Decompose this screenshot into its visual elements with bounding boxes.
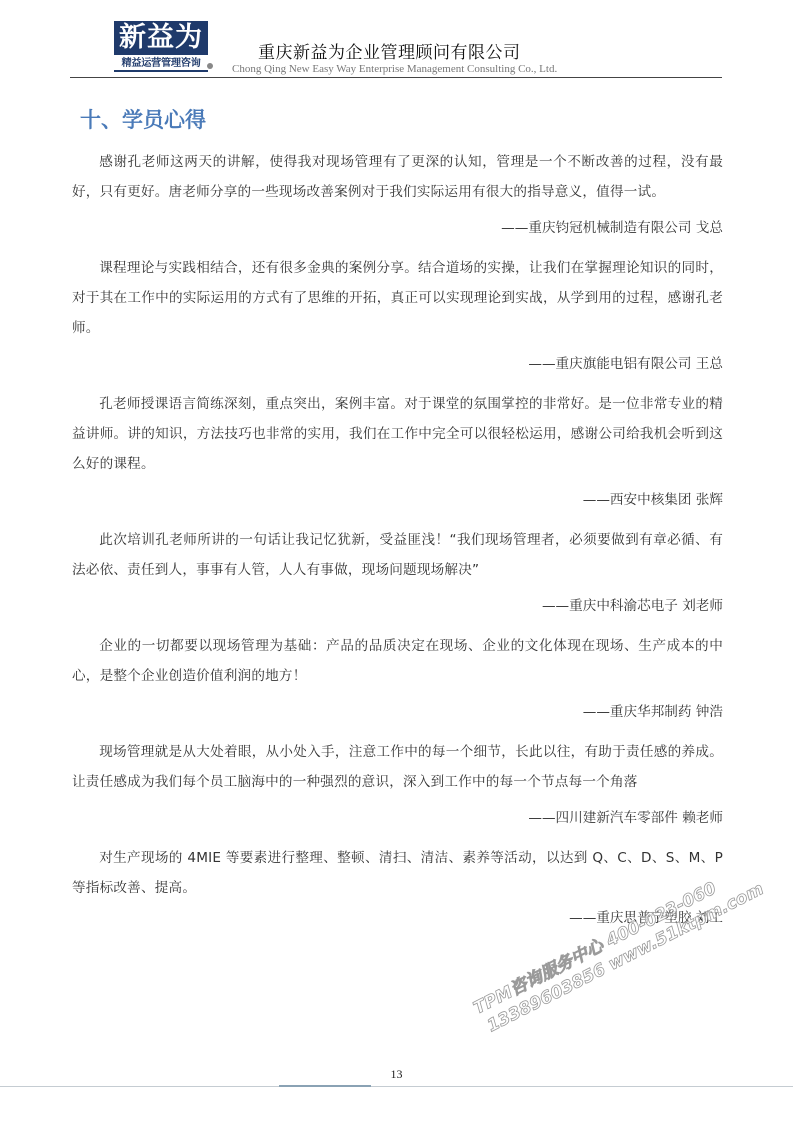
- footer-accent-line: [279, 1085, 371, 1087]
- testimonial-text: 孔老师授课语言简练深刻，重点突出，案例丰富。对于课堂的氛围掌控的非常好。是一位非…: [72, 389, 723, 479]
- testimonials-list: 感谢孔老师这两天的讲解，使得我对现场管理有了更深的认知，管理是一个不断改善的过程…: [72, 147, 723, 943]
- section-title: 十、学员心得: [80, 104, 206, 134]
- header-divider: [70, 77, 722, 78]
- testimonial: 此次培训孔老师所讲的一句话让我记忆犹新，受益匪浅！“我们现场管理者，必须要做到有…: [72, 525, 723, 631]
- testimonial-signature: ——西安中核集团 张辉: [72, 479, 723, 525]
- logo-dot-icon: [207, 63, 213, 69]
- testimonial-text: 现场管理就是从大处着眼，从小处入手，注意工作中的每一个细节，长此以往，有助于责任…: [72, 737, 723, 797]
- testimonial-signature: ——重庆思普宁塑胶 刘工: [72, 903, 723, 943]
- logo-main-text: 新益为: [114, 21, 208, 55]
- company-name-en: Chong Qing New Easy Way Enterprise Manag…: [232, 63, 557, 75]
- testimonial-signature: ——重庆中科渝芯电子 刘老师: [72, 585, 723, 631]
- company-name-cn: 重庆新益为企业管理顾问有限公司: [258, 38, 521, 63]
- testimonial: 现场管理就是从大处着眼，从小处入手，注意工作中的每一个细节，长此以往，有助于责任…: [72, 737, 723, 843]
- testimonial-text: 感谢孔老师这两天的讲解，使得我对现场管理有了更深的认知，管理是一个不断改善的过程…: [72, 147, 723, 207]
- company-logo: 新益为 精益运营管理咨询: [114, 21, 210, 71]
- page-number: 13: [0, 1067, 793, 1082]
- testimonial-text: 此次培训孔老师所讲的一句话让我记忆犹新，受益匪浅！“我们现场管理者，必须要做到有…: [72, 525, 723, 585]
- testimonial: 孔老师授课语言简练深刻，重点突出，案例丰富。对于课堂的氛围掌控的非常好。是一位非…: [72, 389, 723, 525]
- testimonial: 对生产现场的 4MIE 等要素进行整理、整顿、清扫、清洁、素养等活动，以达到 Q…: [72, 843, 723, 943]
- footer-divider: [0, 1086, 793, 1087]
- testimonial: 感谢孔老师这两天的讲解，使得我对现场管理有了更深的认知，管理是一个不断改善的过程…: [72, 147, 723, 253]
- testimonial-text: 企业的一切都要以现场管理为基础：产品的品质决定在现场、企业的文化体现在现场、生产…: [72, 631, 723, 691]
- testimonial-signature: ——四川建新汽车零部件 赖老师: [72, 797, 723, 843]
- testimonial: 课程理论与实践相结合，还有很多金典的案例分享。结合道场的实操，让我们在掌握理论知…: [72, 253, 723, 389]
- testimonial-text: 对生产现场的 4MIE 等要素进行整理、整顿、清扫、清洁、素养等活动，以达到 Q…: [72, 843, 723, 903]
- logo-sub-text: 精益运营管理咨询: [114, 57, 208, 72]
- testimonial-signature: ——重庆钧冠机械制造有限公司 戈总: [72, 207, 723, 253]
- testimonial-signature: ——重庆华邦制药 钟浩: [72, 691, 723, 737]
- page-header: 新益为 精益运营管理咨询 重庆新益为企业管理顾问有限公司 Chong Qing …: [70, 18, 722, 78]
- testimonial: 企业的一切都要以现场管理为基础：产品的品质决定在现场、企业的文化体现在现场、生产…: [72, 631, 723, 737]
- testimonial-text: 课程理论与实践相结合，还有很多金典的案例分享。结合道场的实操，让我们在掌握理论知…: [72, 253, 723, 343]
- testimonial-signature: ——重庆旗能电铝有限公司 王总: [72, 343, 723, 389]
